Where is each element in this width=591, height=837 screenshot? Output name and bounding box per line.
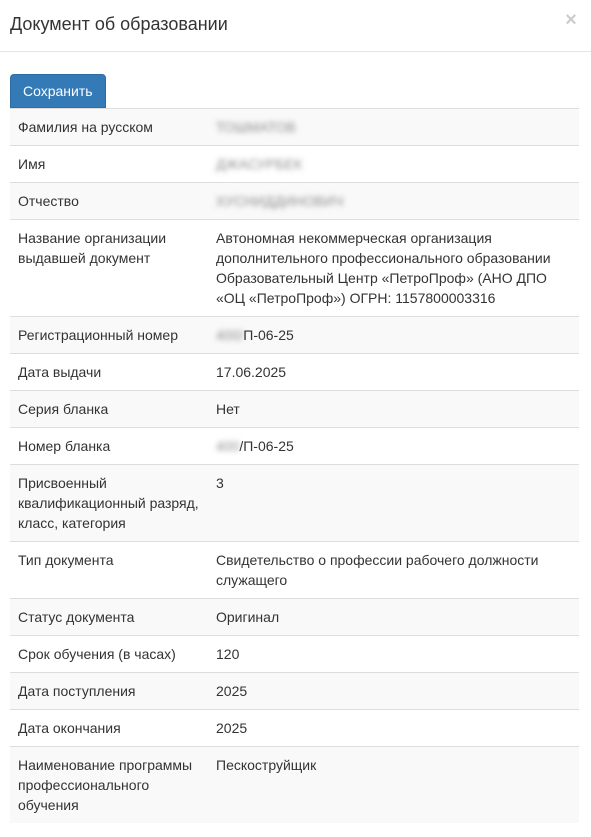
table-row-last-name: Фамилия на русском ТОШМАТОВ (10, 109, 579, 146)
table-row-registration-number: Регистрационный номер 400/П-06-25 (10, 317, 579, 354)
redacted-value: ТОШМАТОВ (216, 117, 296, 137)
modal-title: Документ об образовании (10, 12, 228, 36)
field-label: Присвоенный квалификационный разряд, кла… (10, 465, 208, 542)
field-value: 17.06.2025 (208, 354, 579, 391)
field-label: Срок обучения (в часах) (10, 636, 208, 673)
field-value: Свидетельство о профессии рабочего должн… (208, 542, 579, 599)
save-button[interactable]: Сохранить (10, 74, 106, 108)
modal-header: Документ об образовании × (0, 0, 591, 52)
field-label: Дата окончания (10, 710, 208, 747)
field-label: Имя (10, 146, 208, 183)
document-details-table: Фамилия на русском ТОШМАТОВ Имя ДЖАСУРБЕ… (10, 108, 579, 823)
table-row-patronymic: Отчество ХУСНИДДИНОВИЧ (10, 183, 579, 220)
table-row-enrollment-date: Дата поступления 2025 (10, 673, 579, 710)
field-value: ТОШМАТОВ (208, 109, 579, 146)
table-row-document-type: Тип документа Свидетельство о профессии … (10, 542, 579, 599)
field-value: Нет (208, 391, 579, 428)
field-value: 400/П-06-25 (208, 317, 579, 354)
field-label: Дата поступления (10, 673, 208, 710)
table-row-form-series: Серия бланка Нет (10, 391, 579, 428)
field-value: 3 (208, 465, 579, 542)
table-row-form-number: Номер бланка 400/П-06-25 (10, 428, 579, 465)
field-label: Фамилия на русском (10, 109, 208, 146)
field-label: Тип документа (10, 542, 208, 599)
value-text: П-06-25 (243, 327, 294, 343)
field-label: Название организации выдавшей документ (10, 220, 208, 317)
table-row-organization: Название организации выдавшей документ А… (10, 220, 579, 317)
field-label: Регистрационный номер (10, 317, 208, 354)
field-value: Автономная некоммерческая организация до… (208, 220, 579, 317)
field-label: Статус документа (10, 599, 208, 636)
value-text: /П-06-25 (239, 438, 293, 454)
field-value: 2025 (208, 673, 579, 710)
field-label: Дата выдачи (10, 354, 208, 391)
field-value: 2025 (208, 710, 579, 747)
education-document-modal: Документ об образовании × Сохранить Фами… (0, 0, 591, 823)
field-label: Наименование программы профессионального… (10, 747, 208, 824)
field-value: Пескоструйщик (208, 747, 579, 824)
redacted-prefix: 400 (216, 436, 239, 456)
field-value: 120 (208, 636, 579, 673)
field-value: 400/П-06-25 (208, 428, 579, 465)
field-label: Номер бланка (10, 428, 208, 465)
field-label: Отчество (10, 183, 208, 220)
close-icon[interactable]: × (563, 10, 579, 30)
redacted-prefix: 400/ (216, 325, 243, 345)
field-value: ХУСНИДДИНОВИЧ (208, 183, 579, 220)
table-row-training-hours: Срок обучения (в часах) 120 (10, 636, 579, 673)
table-row-program-name: Наименование программы профессионального… (10, 747, 579, 824)
table-row-document-status: Статус документа Оригинал (10, 599, 579, 636)
field-label: Серия бланка (10, 391, 208, 428)
field-value: Оригинал (208, 599, 579, 636)
field-value: ДЖАСУРБЕК (208, 146, 579, 183)
redacted-value: ДЖАСУРБЕК (216, 154, 302, 174)
modal-body: Сохранить Фамилия на русском ТОШМАТОВ Им… (0, 52, 591, 823)
redacted-value: ХУСНИДДИНОВИЧ (216, 191, 343, 211)
table-row-completion-date: Дата окончания 2025 (10, 710, 579, 747)
table-row-issue-date: Дата выдачи 17.06.2025 (10, 354, 579, 391)
table-row-qualification-grade: Присвоенный квалификационный разряд, кла… (10, 465, 579, 542)
table-row-first-name: Имя ДЖАСУРБЕК (10, 146, 579, 183)
